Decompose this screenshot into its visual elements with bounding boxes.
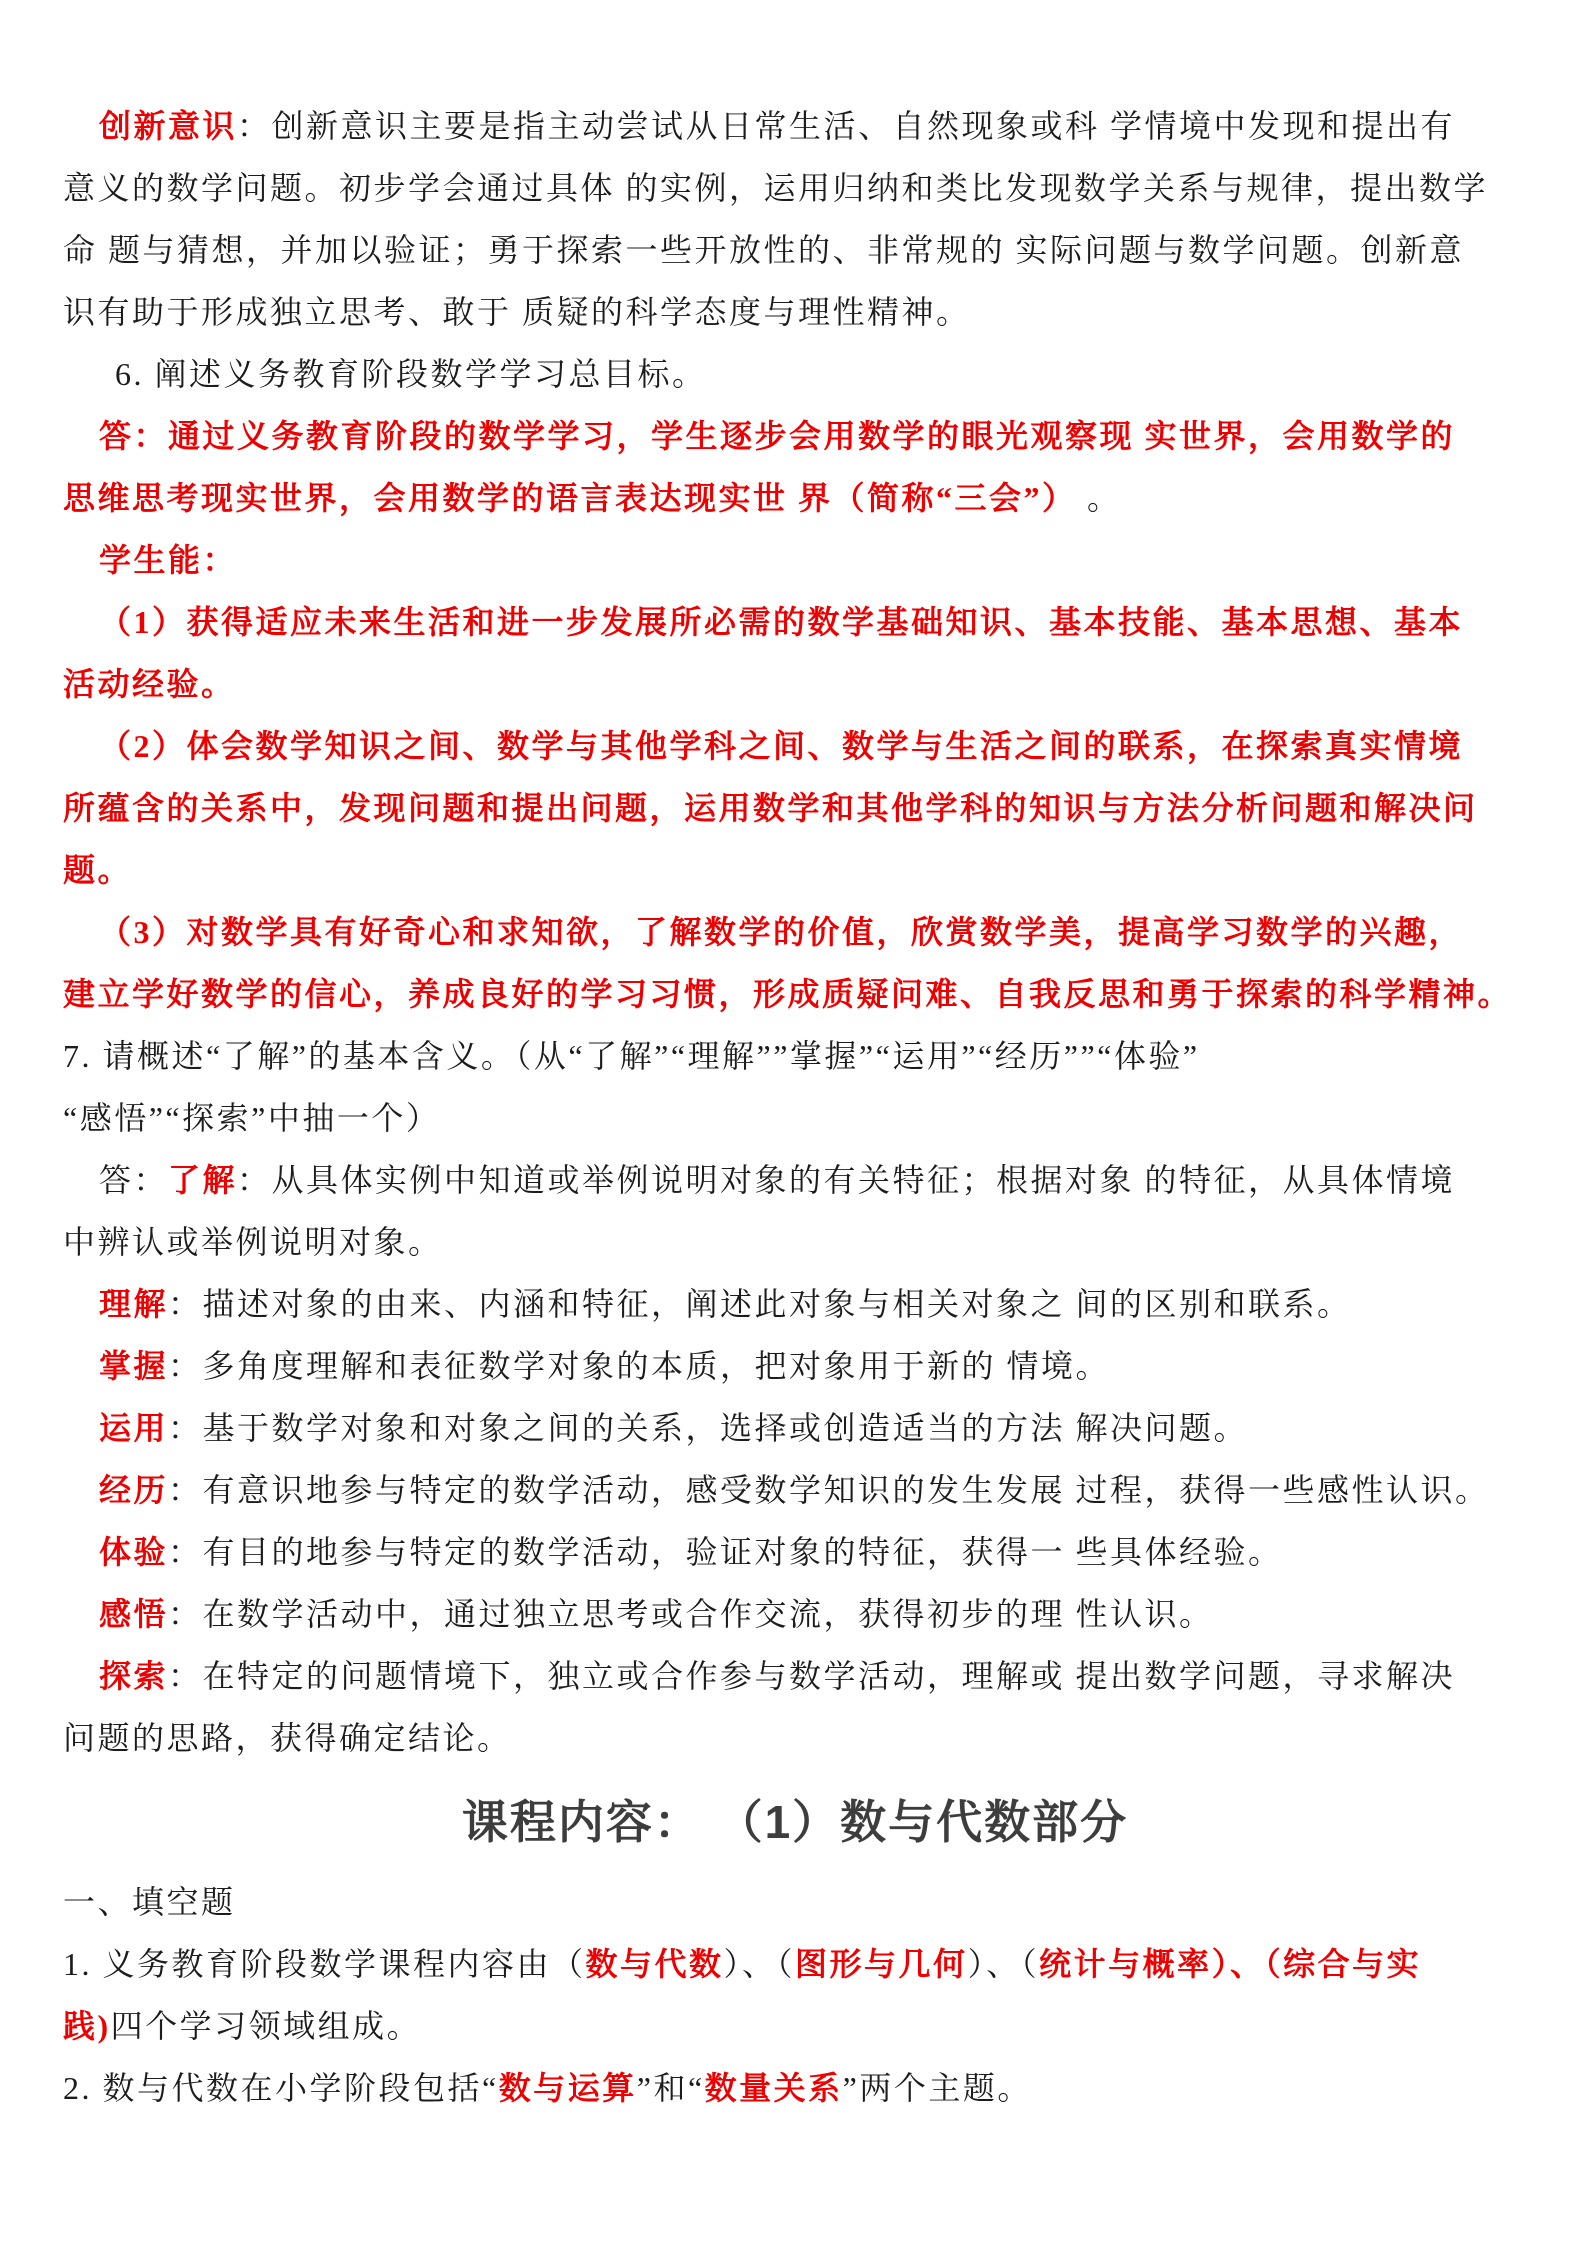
text-segment-red: 了解 [168, 1162, 237, 1198]
text-line: 经历：有意识地参与特定的数学活动，感受数学知识的发生发展 过程，获得一些感性认识… [63, 1459, 1527, 1521]
text-segment: ：从具体实例中知道或举例说明对象的有关特征；根据对象 的特征，从具体情境 [237, 1162, 1455, 1198]
text-segment: 识有助于形成独立思考、敢于 质疑的科学态度与理性精神。 [63, 294, 971, 330]
text-segment: 1. 义务教育阶段数学课程内容由（ [63, 1946, 586, 1982]
text-segment: 四个学习领域组成。 [111, 2008, 422, 2044]
text-segment-red: （2）体会数学知识之间、数学与其他学科之间、数学与生活之间的联系，在探索真实情境 [99, 728, 1463, 764]
section-heading: 课程内容： （1）数与代数部分 [63, 1781, 1527, 1863]
text-segment: 7. 请概述“了解”的基本含义。（从“了解”“理解””掌握”“运用”“经历””“… [63, 1038, 1200, 1074]
text-line: “感悟”“探索”中抽一个） [63, 1087, 1527, 1149]
text-line: 2. 数与代数在小学阶段包括“数与运算”和“数量关系”两个主题。 [63, 2057, 1527, 2119]
text-segment-red: 体验 [99, 1534, 168, 1570]
document-page: 创新意识：创新意识主要是指主动尝试从日常生活、自然现象或科 学情境中发现和提出有… [0, 0, 1587, 2245]
text-segment: 命 题与猜想，并加以验证；勇于探索一些开放性的、非常规的 实际问题与数学问题。创… [63, 232, 1464, 268]
text-segment-red: 统计与概率）、（综合与实 [1039, 1946, 1421, 1982]
text-segment: 2. 数与代数在小学阶段包括“ [63, 2070, 499, 2106]
text-line: （3）对数学具有好奇心和求知欲，了解数学的价值，欣赏数学美，提高学习数学的兴趣， [63, 901, 1527, 963]
text-line: 建立学好数学的信心，养成良好的学习习惯，形成质疑问难、自我反思和勇于探索的科学精… [63, 963, 1527, 1025]
text-line: 所蕴含的关系中，发现问题和提出问题，运用数学和其他学科的知识与方法分析问题和解决… [63, 777, 1527, 839]
text-segment: 6. 阐述义务教育阶段数学学习总目标。 [115, 356, 707, 392]
text-segment: 中辨认或举例说明对象。 [63, 1224, 443, 1260]
text-segment: 一、填空题 [63, 1884, 236, 1920]
text-line: 1. 义务教育阶段数学课程内容由（数与代数）、（图形与几何）、（统计与概率）、（… [63, 1933, 1527, 1995]
text-line: 运用：基于数学对象和对象之间的关系，选择或创造适当的方法 解决问题。 [63, 1397, 1527, 1459]
text-line: 思维思考现实世界，会用数学的语言表达现实世 界（简称“三会”） 。 [63, 467, 1527, 529]
text-segment-red: 感悟 [99, 1596, 168, 1632]
text-line: 中辨认或举例说明对象。 [63, 1211, 1527, 1273]
text-segment-red: 学生能： [99, 542, 237, 578]
text-segment-red: 理解 [99, 1286, 168, 1322]
text-segment-red: 创新意识 [99, 108, 237, 144]
text-segment-red: 建立学好数学的信心，养成良好的学习习惯，形成质疑问难、自我反思和勇于探索的科学精… [63, 976, 1512, 1012]
text-line: （1）获得适应未来生活和进一步发展所必需的数学基础知识、基本技能、基本思想、基本 [63, 591, 1527, 653]
text-line: 6. 阐述义务教育阶段数学学习总目标。 [63, 343, 1527, 405]
text-line: 命 题与猜想，并加以验证；勇于探索一些开放性的、非常规的 实际问题与数学问题。创… [63, 219, 1527, 281]
text-segment-red: 探索 [99, 1658, 168, 1694]
text-segment: ”和“ [637, 2070, 705, 2106]
text-line: 体验：有目的地参与特定的数学活动，验证对象的特征，获得一 些具体经验。 [63, 1521, 1527, 1583]
text-segment-red: 所蕴含的关系中，发现问题和提出问题，运用数学和其他学科的知识与方法分析问题和解决… [63, 790, 1478, 826]
text-line: 7. 请概述“了解”的基本含义。（从“了解”“理解””掌握”“运用”“经历””“… [63, 1025, 1527, 1087]
text-line: 活动经验。 [63, 653, 1527, 715]
text-segment: 意义的数学问题。初步学会通过具体 的实例，运用归纳和类比发现数学关系与规律，提出… [63, 170, 1488, 206]
text-segment: ：描述对象的由来、内涵和特征，阐述此对象与相关对象之 间的区别和联系。 [168, 1286, 1352, 1322]
text-line: 答：通过义务教育阶段的数学学习，学生逐步会用数学的眼光观察现 实世界，会用数学的 [63, 405, 1527, 467]
text-segment-red: 践) [63, 2008, 111, 2044]
text-segment-red: 数与代数 [586, 1946, 724, 1982]
text-line: 题。 [63, 839, 1527, 901]
text-segment: ”两个主题。 [843, 2070, 1032, 2106]
text-segment-red: 图形与几何 [795, 1946, 968, 1982]
text-line: 践)四个学习领域组成。 [63, 1995, 1527, 2057]
text-line: 探索：在特定的问题情境下，独立或合作参与数学活动，理解或 提出数学问题，寻求解决 [63, 1645, 1527, 1707]
text-segment: ：基于数学对象和对象之间的关系，选择或创造适当的方法 解决问题。 [168, 1410, 1248, 1446]
text-segment: 问题的思路，获得确定结论。 [63, 1720, 512, 1756]
text-segment: ：多角度理解和表征数学对象的本质，把对象用于新的 情境。 [168, 1348, 1110, 1384]
text-line: 掌握：多角度理解和表征数学对象的本质，把对象用于新的 情境。 [63, 1335, 1527, 1397]
text-segment-red: （1）获得适应未来生活和进一步发展所必需的数学基础知识、基本技能、基本思想、基本 [99, 604, 1463, 640]
document-body: 创新意识：创新意识主要是指主动尝试从日常生活、自然现象或科 学情境中发现和提出有… [63, 95, 1527, 2119]
text-line: 感悟：在数学活动中，通过独立思考或合作交流，获得初步的理 性认识。 [63, 1583, 1527, 1645]
text-segment-red: 运用 [99, 1410, 168, 1446]
text-segment-red: 数量关系 [705, 2070, 843, 2106]
text-segment: ：有意识地参与特定的数学活动，感受数学知识的发生发展 过程，获得一些感性认识。 [168, 1472, 1490, 1508]
text-segment: ：创新意识主要是指主动尝试从日常生活、自然现象或科 学情境中发现和提出有 [237, 108, 1455, 144]
text-segment-red: 题。 [63, 852, 132, 888]
text-segment-red: （3）对数学具有好奇心和求知欲，了解数学的价值，欣赏数学美，提高学习数学的兴趣， [99, 914, 1463, 950]
text-segment: ：有目的地参与特定的数学活动，验证对象的特征，获得一 些具体经验。 [168, 1534, 1283, 1570]
text-segment: ）、（ [724, 1946, 796, 1982]
text-segment-red: 经历 [99, 1472, 168, 1508]
text-segment: ：在特定的问题情境下，独立或合作参与数学活动，理解或 提出数学问题，寻求解决 [168, 1658, 1455, 1694]
text-line: 一、填空题 [63, 1871, 1527, 1933]
text-line: 问题的思路，获得确定结论。 [63, 1707, 1527, 1769]
text-segment: 。 [1077, 480, 1122, 516]
text-line: 识有助于形成独立思考、敢于 质疑的科学态度与理性精神。 [63, 281, 1527, 343]
text-line: 创新意识：创新意识主要是指主动尝试从日常生活、自然现象或科 学情境中发现和提出有 [63, 95, 1527, 157]
text-segment: ）、（ [968, 1946, 1040, 1982]
text-segment: ：在数学活动中，通过独立思考或合作交流，获得初步的理 性认识。 [168, 1596, 1214, 1632]
text-segment-red: 掌握 [99, 1348, 168, 1384]
text-segment-red: 思维思考现实世界，会用数学的语言表达现实世 界（简称“三会”） [63, 480, 1077, 516]
text-line: 答：了解：从具体实例中知道或举例说明对象的有关特征；根据对象 的特征，从具体情境 [63, 1149, 1527, 1211]
text-line: 理解：描述对象的由来、内涵和特征，阐述此对象与相关对象之 间的区别和联系。 [63, 1273, 1527, 1335]
text-line: 学生能： [63, 529, 1527, 591]
text-segment: “感悟”“探索”中抽一个） [63, 1100, 440, 1136]
text-segment-red: 活动经验。 [63, 666, 236, 702]
text-segment-red: 数与运算 [499, 2070, 637, 2106]
text-line: （2）体会数学知识之间、数学与其他学科之间、数学与生活之间的联系，在探索真实情境 [63, 715, 1527, 777]
text-segment: 答： [99, 1162, 168, 1198]
text-segment-red: 答：通过义务教育阶段的数学学习，学生逐步会用数学的眼光观察现 实世界，会用数学的 [99, 418, 1455, 454]
text-line: 意义的数学问题。初步学会通过具体 的实例，运用归纳和类比发现数学关系与规律，提出… [63, 157, 1527, 219]
